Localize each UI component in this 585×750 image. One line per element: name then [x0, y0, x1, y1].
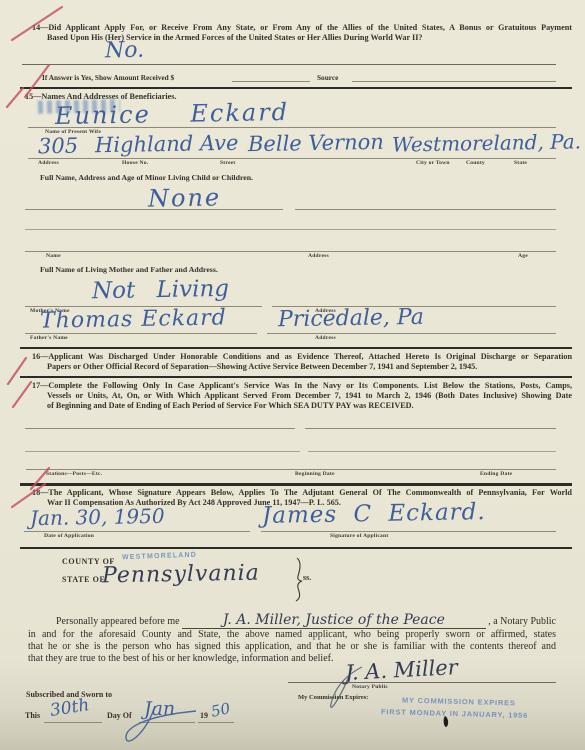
signature-of-applicant-label: Signature of Applicant	[330, 533, 388, 539]
commission-expires-label: My Commission Expires:	[298, 694, 368, 701]
commission-stamp-line2: FIRST MONDAY IN JANUARY, 1956	[381, 707, 528, 720]
year-line	[198, 722, 234, 723]
section-divider	[20, 376, 572, 378]
amount-line	[232, 81, 310, 82]
beginning-date-col-label: Beginning Date	[295, 471, 335, 477]
father-name-label: Father's Name	[30, 335, 68, 341]
ending-date-col-label: Ending Date	[480, 471, 512, 477]
writing-line	[261, 531, 556, 532]
month-line	[139, 722, 195, 723]
children-heading: Full Name, Address and Age of Minor Livi…	[40, 173, 253, 182]
house-no-handwriting: 305	[38, 134, 79, 159]
notary-statement-line2: in and for the aforesaid County and Stat…	[28, 629, 556, 641]
city-handwriting: Belle Vernon	[248, 130, 384, 156]
section-divider	[20, 547, 572, 549]
month-handwriting: Jan	[144, 698, 176, 721]
county-label: County	[466, 160, 485, 166]
applicant-signature-handwriting: James C Eckard.	[262, 499, 486, 529]
section-divider	[20, 87, 572, 89]
stations-col-label: Stations—Posts—Etc.	[46, 471, 102, 477]
children-name-col-label: Name	[46, 253, 61, 259]
q17-text-line2: Vessels or Units, At, On, or With Which …	[47, 391, 572, 401]
writing-line	[22, 64, 556, 65]
street-handwriting: Highland Ave	[95, 131, 239, 158]
q14-source-label: Source	[317, 73, 338, 82]
source-line	[352, 81, 556, 82]
county-state-handwriting: Westmoreland, Pa.	[392, 129, 581, 156]
q17-text-line3: of Beginning and Date of Ending of Each …	[47, 401, 572, 411]
this-label: This	[25, 711, 40, 720]
q14-answer-handwriting: No.	[105, 38, 145, 64]
notary-statement-line4: that they are true to the best of his or…	[28, 653, 556, 665]
q18-text-line1: 18—The Applicant, Whose Signature Appear…	[32, 488, 572, 498]
writing-line	[25, 229, 556, 230]
writing-line	[24, 531, 250, 532]
scanned-form-page: 14—Did Applicant Apply For, or Receive F…	[0, 0, 585, 750]
notary-line1-prefix: Personally appeared before me	[56, 616, 180, 628]
city-or-town-label: City or Town	[416, 160, 450, 166]
notary-statement-line3: that he or she is the person who has sig…	[28, 641, 556, 653]
father-name-handwriting: Thomas Eckard	[40, 305, 227, 333]
mother-answer-handwriting: Not Living	[92, 276, 229, 304]
date-of-application-label: Date of Application	[44, 533, 94, 539]
q14-amount-label: If Answer is Yes, Show Amount Received $	[42, 73, 174, 82]
wife-name-handwriting: Eunice Eckard	[55, 98, 289, 130]
children-age-col-label: Age	[518, 253, 528, 259]
writing-line	[25, 333, 257, 334]
entry-line	[25, 451, 300, 452]
q16-text-line1: 16—Applicant Was Discharged Under Honora…	[32, 352, 572, 362]
entry-line	[26, 469, 556, 470]
ss-brace	[296, 558, 302, 601]
year-handwriting: 50	[209, 699, 231, 721]
day-line	[44, 722, 102, 723]
writing-line	[28, 127, 556, 128]
house-no-label: House No.	[122, 160, 148, 166]
entry-line	[305, 428, 556, 429]
writing-line	[267, 333, 556, 334]
ss-label: ss.	[303, 573, 311, 582]
section-divider	[20, 347, 572, 349]
application-date-handwriting: Jan. 30, 1950	[30, 504, 165, 530]
father-address-label: Address	[315, 335, 336, 341]
notary-signature-handwriting: J. A. Miller	[344, 655, 458, 685]
day-of-label: Day Of	[107, 711, 132, 720]
state-label: State	[514, 160, 527, 166]
section-divider	[20, 483, 572, 486]
address-label: Address	[38, 160, 59, 166]
state-name-handwriting: Pennsylvania	[102, 561, 260, 589]
westmoreland-county-stamp: WESTMORELAND	[122, 552, 197, 562]
writing-line	[295, 209, 556, 210]
notary-statement-line1: Personally appeared before me J. A. Mill…	[28, 612, 556, 630]
notary-public-label: Notary Public	[352, 684, 388, 690]
q17-text-line1: 17—Complete the Following Only In Case A…	[32, 381, 572, 391]
year-prefix: 19	[200, 711, 208, 720]
q14-text-line1: 14—Did Applicant Apply For, or Receive F…	[32, 23, 572, 33]
children-address-col-label: Address	[308, 253, 329, 259]
state-of-label: STATE OF	[62, 575, 105, 584]
notary-line1-suffix: , a Notary Public	[488, 616, 556, 628]
parents-heading: Full Name of Living Mother and Father an…	[40, 265, 218, 274]
father-address-handwriting: Pricedale, Pa	[278, 305, 424, 333]
q16-text-line2: Papers or Other Official Record of Separ…	[47, 362, 572, 372]
writing-line	[25, 251, 556, 252]
appeared-before-handwriting: J. A. Miller, Justice of the Peace	[182, 612, 487, 629]
writing-line	[25, 209, 283, 210]
entry-line	[308, 451, 556, 452]
street-label: Street	[220, 160, 235, 166]
entry-line	[25, 428, 295, 429]
writing-line	[28, 158, 556, 159]
commission-stamp-line1: MY COMMISSION EXPIRES	[402, 696, 516, 708]
notary-signature-line	[288, 682, 556, 683]
